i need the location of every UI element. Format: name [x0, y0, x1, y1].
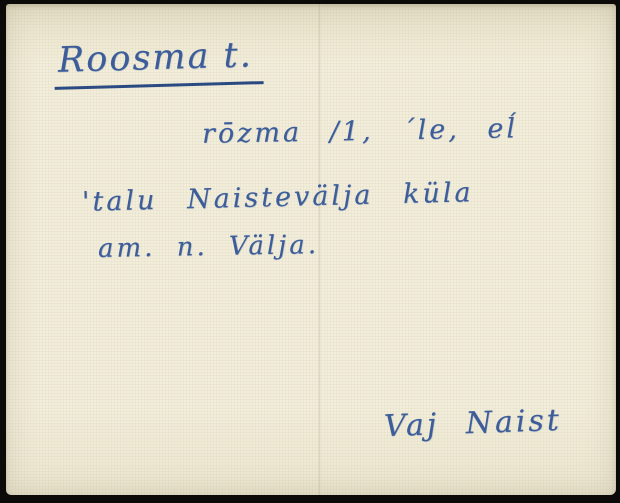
scanned-photo-background: Roosma t. rōzma /1, ´le, eĺ 'talu Naiste…: [0, 0, 620, 503]
official-name-line: am. n. Välja.: [98, 230, 319, 264]
farm-name-line: 'talu Naistevälja küla: [82, 177, 474, 218]
index-card: Roosma t. rōzma /1, ´le, eĺ 'talu Naiste…: [6, 4, 616, 495]
collector-signature: Vaj Naist: [383, 403, 562, 444]
card-heading: Roosma t.: [53, 35, 263, 90]
pronunciation-line: rōzma /1, ´le, eĺ: [202, 113, 519, 150]
